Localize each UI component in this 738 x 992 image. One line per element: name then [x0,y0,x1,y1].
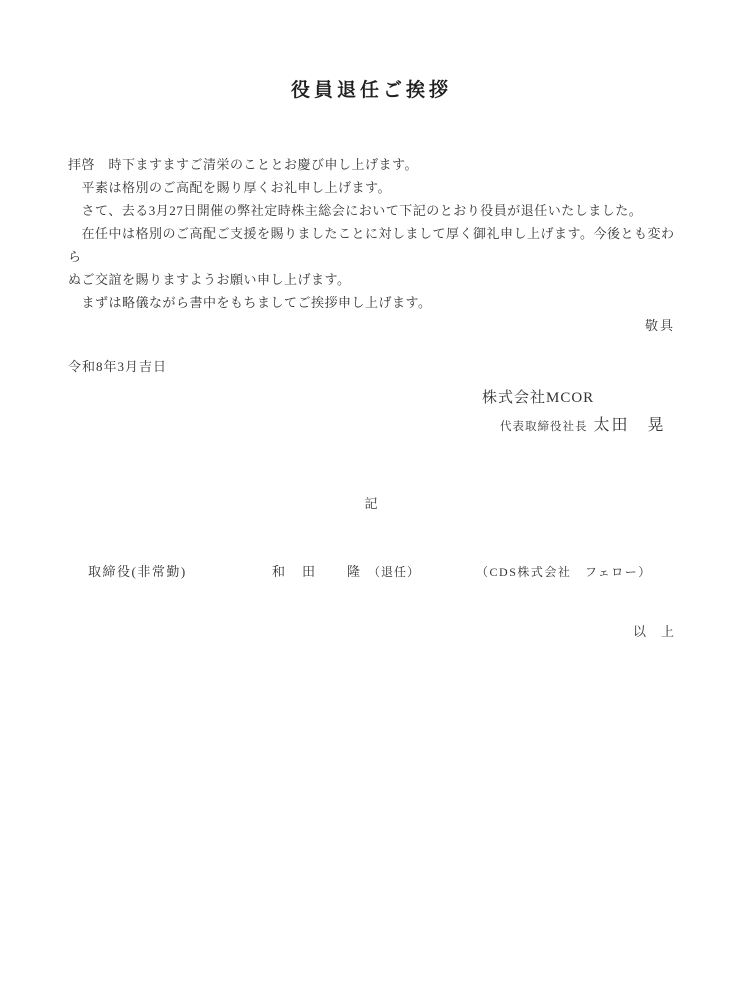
letter-body: 拝啓 時下ますますご清栄のこととお慶び申し上げます。 平素は格別のご高配を賜り厚… [68,153,675,314]
signature-block: 株式会社MCOR 代表取締役社長太田 晃 [482,388,675,437]
document-page: 役員退任ご挨拶 拝啓 時下ますますご清栄のこととお慶び申し上げます。 平素は格別… [0,0,738,992]
signer-title: 代表取締役社長 [500,421,588,433]
body-line-3: さて、去る3月27日開催の弊社定時株主総会において下記のとおり役員が退任いたしま… [68,199,675,222]
record-heading: 記 [68,492,675,515]
signer-line: 代表取締役社長太田 晃 [500,416,675,437]
officer-position: 取締役(非常勤) [88,560,272,583]
body-line-1: 拝啓 時下ますますご清栄のこととお慶び申し上げます。 [68,153,675,176]
end-mark: 以 上 [68,620,675,643]
body-line-6: まずは略儀ながら書中をもちましてご挨拶申し上げます。 [68,291,675,314]
document-title: 役員退任ご挨拶 [68,0,675,102]
closing-word: 敬具 [68,314,675,337]
officer-name: 和 田 隆 [272,560,362,583]
officer-affiliation-note: （CDS株式会社 フェロー） [476,561,652,584]
body-line-4: 在任中は格別のご高配ご支援を賜りましたことに対しまして厚く御礼申し上げます。今後… [68,222,675,268]
company-name: 株式会社MCOR [482,388,675,408]
signer-name: 太田 晃 [594,417,666,434]
date-line: 令和8年3月吉日 [68,355,675,378]
body-line-5: ぬご交誼を賜りますようお願い申し上げます。 [68,268,675,291]
body-line-2: 平素は格別のご高配を賜り厚くお礼申し上げます。 [68,176,675,199]
retirement-status: （退任） [368,561,420,584]
record-row: 取締役(非常勤) 和 田 隆 （退任） （CDS株式会社 フェロー） [68,560,675,584]
